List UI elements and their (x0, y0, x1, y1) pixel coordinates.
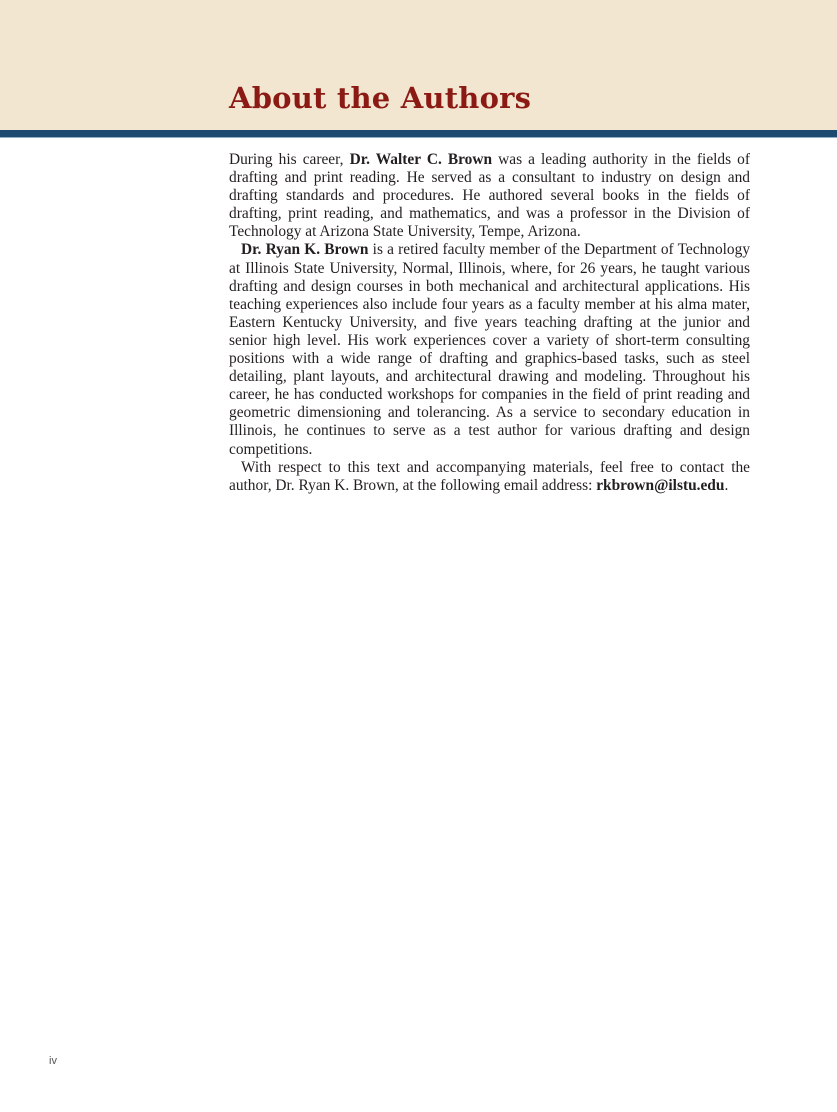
ryan-brown-bio: Dr. Ryan K. Brown is a retired faculty m… (229, 241, 750, 458)
authors-bio-body: During his career, Dr. Walter C. Brown w… (229, 151, 750, 495)
bio-text: is a retired faculty member of the Depar… (229, 241, 750, 457)
contact-text-end: . (724, 477, 728, 494)
author-name-ryan-brown: Dr. Ryan K. Brown (241, 241, 368, 258)
contact-email[interactable]: rkbrown@ilstu.edu (596, 477, 724, 494)
bio-text: During his career, (229, 151, 350, 168)
walter-brown-bio: During his career, Dr. Walter C. Brown w… (229, 151, 750, 241)
contact-paragraph: With respect to this text and accompanyi… (229, 459, 750, 495)
author-name-walter-brown: Dr. Walter C. Brown (350, 151, 492, 168)
header-divider-stripe (0, 130, 837, 138)
page-title: About the Authors (229, 80, 531, 116)
page-number: iv (49, 1055, 57, 1067)
